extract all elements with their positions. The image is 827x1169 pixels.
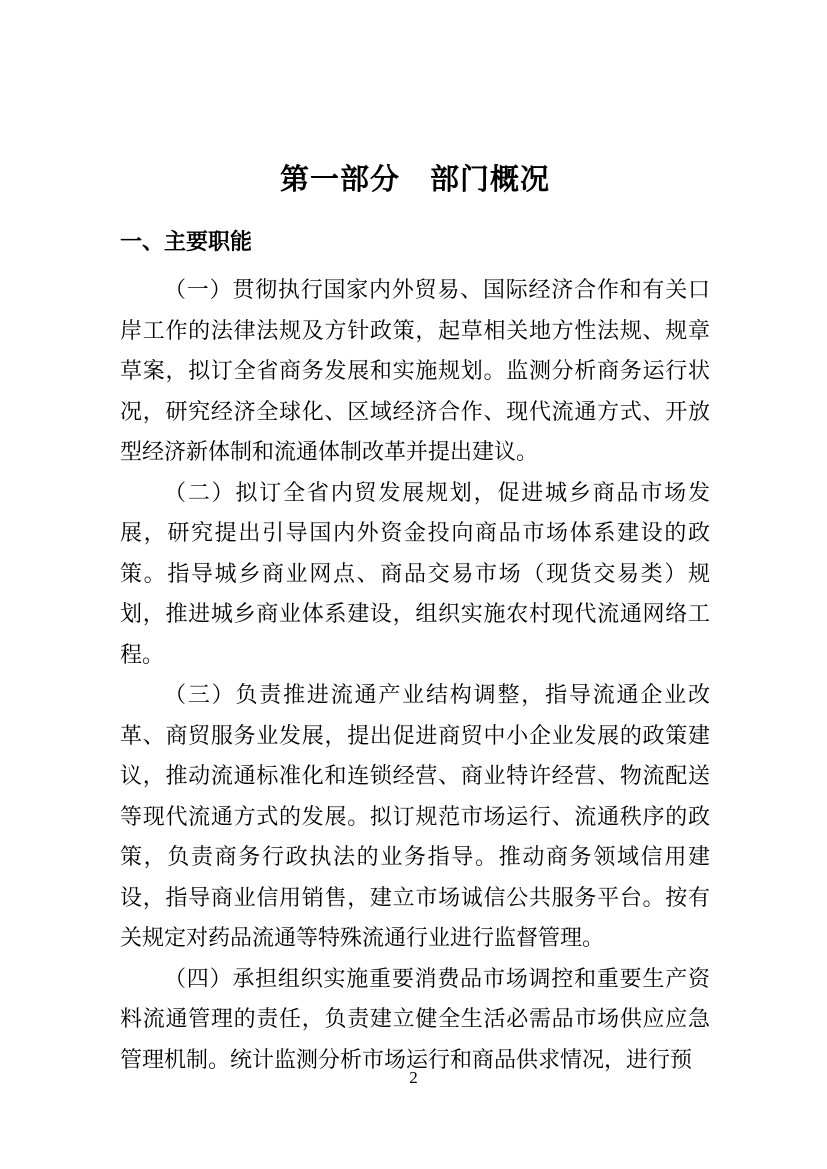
document-page: 第一部分 部门概况 一、主要职能 （一）贯彻执行国家内外贸易、国际经济合作和有关… xyxy=(0,0,827,1169)
page-number: 2 xyxy=(0,1068,827,1088)
paragraph-4: （四）承担组织实施重要消费品市场调控和重要生产资料流通管理的责任，负责建立健全生… xyxy=(120,959,710,1081)
paragraph-3: （三）负责推进流通产业结构调整，指导流通企业改革、商贸服务业发展，提出促进商贸中… xyxy=(120,675,710,959)
document-content: 第一部分 部门概况 一、主要职能 （一）贯彻执行国家内外贸易、国际经济合作和有关… xyxy=(120,0,710,1080)
document-title: 第一部分 部门概况 xyxy=(120,0,710,200)
paragraph-2: （二）拟订全省内贸发展规划，促进城乡商品市场发展，研究提出引导国内外资金投向商品… xyxy=(120,473,710,676)
paragraph-1: （一）贯彻执行国家内外贸易、国际经济合作和有关口岸工作的法律法规及方针政策，起草… xyxy=(120,270,710,473)
section-heading: 一、主要职能 xyxy=(120,228,710,258)
